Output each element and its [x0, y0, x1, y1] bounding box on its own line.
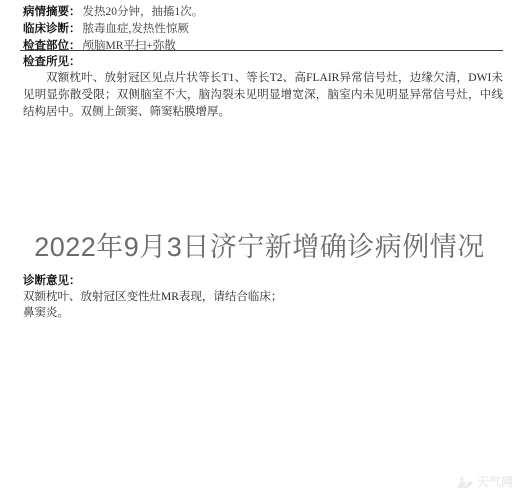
field-value-diagnosis: 脓毒血症,发热性惊厥 [83, 21, 189, 38]
field-row-exam-site: 检查部位： 颅脑MR平扫+弥散 [23, 38, 503, 55]
opinion-line: 鼻窦炎。 [23, 305, 69, 321]
report-header-fields: 病情摘要： 发热20分钟，抽搐1次。 临床诊断： 脓毒血症,发热性惊厥 检查部位… [23, 4, 503, 55]
field-row-summary: 病情摘要： 发热20分钟，抽搐1次。 [23, 4, 503, 21]
field-row-diagnosis: 临床诊断： 脓毒血症,发热性惊厥 [23, 21, 503, 38]
field-value-exam-site: 颅脑MR平扫+弥散 [83, 38, 176, 55]
field-value-summary: 发热20分钟，抽搐1次。 [83, 4, 204, 21]
watermark: 天气网 [453, 470, 513, 492]
opinion-line: 双额枕叶、放射冠区变性灶MR表现，请结合临床； [23, 289, 282, 305]
field-label-exam-site: 检查部位： [23, 38, 81, 55]
field-label-diagnosis: 临床诊断： [23, 21, 81, 38]
field-label-summary: 病情摘要： [23, 4, 81, 21]
watermark-text: 天气网 [477, 473, 513, 490]
findings-paragraph: 双额枕叶、放射冠区见点片状等长T1、等长T2、高FLAIR异常信号灶，边缘欠清，… [23, 70, 503, 121]
section-divider [20, 50, 503, 51]
article-headline: 2022年9月3日济宁新增确诊病例情况 [0, 231, 519, 263]
opinion-heading: 诊断意见： [23, 273, 81, 289]
swallow-logo-icon [453, 470, 475, 492]
medical-report-image: 病情摘要： 发热20分钟，抽搐1次。 临床诊断： 脓毒血症,发热性惊厥 检查部位… [0, 0, 519, 500]
findings-heading: 检查所见： [23, 54, 81, 71]
